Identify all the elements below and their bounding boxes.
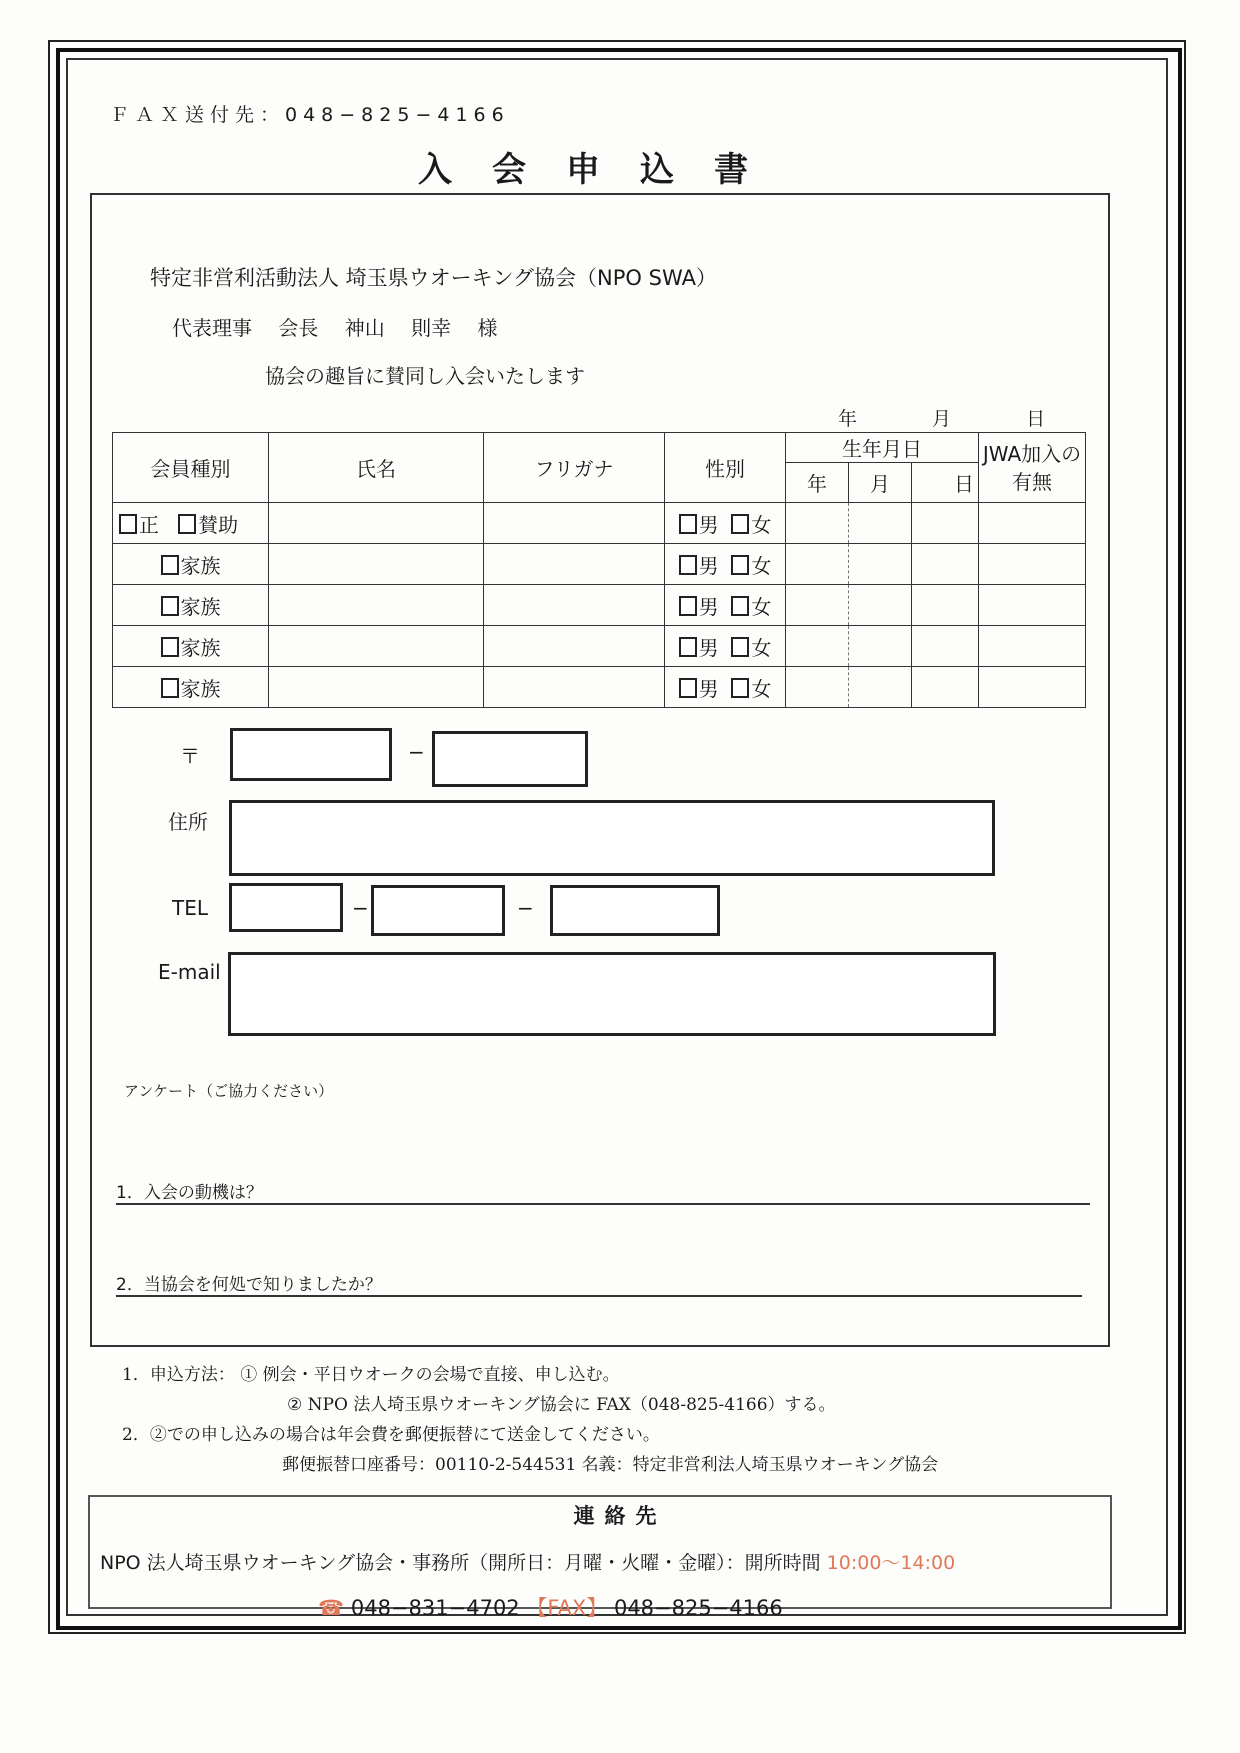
- header-name: 氏名: [269, 433, 484, 503]
- date-day-label: 日: [1026, 404, 1114, 431]
- gender-cell: 男 女: [665, 585, 786, 626]
- checkbox-male[interactable]: [679, 637, 697, 657]
- header-furigana: フリガナ: [484, 433, 665, 503]
- header-gender: 性別: [665, 433, 786, 503]
- birth-day-cell[interactable]: [912, 503, 979, 544]
- furigana-cell[interactable]: [484, 585, 665, 626]
- checkbox-family[interactable]: [161, 637, 179, 657]
- survey-question-1[interactable]: 1．入会の動機は？: [116, 1178, 1090, 1205]
- header-birth-day: 日: [912, 463, 979, 503]
- jwa-cell[interactable]: [979, 667, 1086, 708]
- checkbox-supporting[interactable]: [178, 514, 196, 534]
- address-field[interactable]: [229, 800, 995, 876]
- jwa-cell[interactable]: [979, 544, 1086, 585]
- organization-name: 特定非営利活動法人 埼玉県ウオーキング協会（NPO SWA）: [150, 262, 717, 292]
- tel-separator-1: −: [352, 896, 369, 920]
- checkbox-male[interactable]: [679, 596, 697, 616]
- member-type-cell: 家族: [113, 585, 269, 626]
- furigana-cell[interactable]: [484, 503, 665, 544]
- jwa-cell[interactable]: [979, 503, 1086, 544]
- birth-day-cell[interactable]: [912, 626, 979, 667]
- member-type-cell: 家族: [113, 667, 269, 708]
- members-table: 会員種別 氏名 フリガナ 性別 生年月日 JWA加入の有無 年 月 日 正 賛助…: [112, 432, 1086, 708]
- gender-cell: 男 女: [665, 626, 786, 667]
- birth-month-cell[interactable]: [849, 626, 912, 667]
- application-notes: 1．申込方法： ① 例会・平日ウオークの会場で直接、申し込む。 ② NPO 法人…: [122, 1360, 938, 1480]
- checkbox-female[interactable]: [731, 596, 749, 616]
- fax-label: 【FAX】: [526, 1596, 607, 1620]
- birth-day-cell[interactable]: [912, 544, 979, 585]
- note-account: 郵便振替口座番号：00110-2-544531 名義：特定非営利法人埼玉県ウオー…: [122, 1450, 938, 1480]
- birth-year-cell[interactable]: [786, 585, 849, 626]
- contact-phones: ☎ 048−831−4702 【FAX】 048−825−4166: [318, 1592, 783, 1622]
- office-info: NPO 法人埼玉県ウオーキング協会・事務所（開所日：月曜・火曜・金曜）：開所時間…: [100, 1548, 955, 1575]
- header-jwa: JWA加入の有無: [979, 433, 1086, 503]
- survey-title: アンケート（ご協力ください）: [124, 1080, 333, 1101]
- checkbox-male[interactable]: [679, 514, 697, 534]
- postal-label: 〒: [180, 740, 200, 769]
- table-row: 家族 男 女: [113, 544, 1086, 585]
- tel-third-field[interactable]: [550, 885, 720, 936]
- furigana-cell[interactable]: [484, 544, 665, 585]
- checkbox-family[interactable]: [161, 596, 179, 616]
- email-field[interactable]: [228, 952, 996, 1036]
- checkbox-male[interactable]: [679, 555, 697, 575]
- representative-line: 代表理事 会長 神山 則幸 様: [172, 312, 517, 341]
- page-title: 入会申込書: [418, 142, 788, 191]
- birth-month-cell[interactable]: [849, 544, 912, 585]
- furigana-cell[interactable]: [484, 626, 665, 667]
- birth-month-cell[interactable]: [849, 585, 912, 626]
- birth-day-cell[interactable]: [912, 667, 979, 708]
- jwa-cell[interactable]: [979, 585, 1086, 626]
- name-cell[interactable]: [269, 503, 484, 544]
- phone-icon: ☎: [318, 1596, 344, 1620]
- table-row: 家族 男 女: [113, 667, 1086, 708]
- name-cell[interactable]: [269, 585, 484, 626]
- gender-cell: 男 女: [665, 503, 786, 544]
- birth-month-cell[interactable]: [849, 503, 912, 544]
- birth-year-cell[interactable]: [786, 503, 849, 544]
- birth-day-cell[interactable]: [912, 585, 979, 626]
- declaration: 協会の趣旨に賛同し入会いたします: [265, 360, 585, 389]
- birth-year-cell[interactable]: [786, 544, 849, 585]
- jwa-cell[interactable]: [979, 626, 1086, 667]
- postal-separator: −: [408, 740, 425, 764]
- name-cell[interactable]: [269, 544, 484, 585]
- checkbox-regular[interactable]: [119, 514, 137, 534]
- member-type-cell: 正 賛助: [113, 503, 269, 544]
- table-row: 正 賛助 男 女: [113, 503, 1086, 544]
- fax-destination: ＦＡＸ送付先：048−825−4166: [110, 100, 510, 127]
- header-birth-month: 月: [849, 463, 912, 503]
- office-description: NPO 法人埼玉県ウオーキング協会・事務所（開所日：月曜・火曜・金曜）：開所時間: [100, 1552, 821, 1574]
- table-row: 家族 男 女: [113, 626, 1086, 667]
- application-date[interactable]: 年 月 日: [838, 404, 1114, 431]
- checkbox-female[interactable]: [731, 637, 749, 657]
- fax-number: 048−825−4166: [614, 1596, 783, 1620]
- gender-cell: 男 女: [665, 544, 786, 585]
- rep-given-name: 則幸: [411, 316, 451, 340]
- checkbox-female[interactable]: [731, 514, 749, 534]
- date-month-label: 月: [932, 404, 1020, 431]
- rep-role: 会長: [278, 316, 318, 340]
- header-member-type: 会員種別: [113, 433, 269, 503]
- header-birthdate: 生年月日: [786, 433, 979, 463]
- checkbox-female[interactable]: [731, 678, 749, 698]
- gender-cell: 男 女: [665, 667, 786, 708]
- name-cell[interactable]: [269, 667, 484, 708]
- birth-year-cell[interactable]: [786, 626, 849, 667]
- rep-title: 代表理事: [172, 316, 252, 340]
- checkbox-family[interactable]: [161, 555, 179, 575]
- furigana-cell[interactable]: [484, 667, 665, 708]
- member-type-cell: 家族: [113, 626, 269, 667]
- birth-year-cell[interactable]: [786, 667, 849, 708]
- address-label: 住所: [168, 806, 208, 835]
- date-year-label: 年: [838, 404, 926, 431]
- office-hours: 10:00〜14:00: [827, 1552, 956, 1574]
- note-method-2: ② NPO 法人埼玉県ウオーキング協会に FAX（048-825-4166）する…: [122, 1390, 938, 1420]
- checkbox-family[interactable]: [161, 678, 179, 698]
- note-method-1: 1．申込方法： ① 例会・平日ウオークの会場で直接、申し込む。: [122, 1360, 938, 1390]
- table-row: 家族 男 女: [113, 585, 1086, 626]
- rep-surname: 神山: [345, 316, 385, 340]
- birth-month-cell[interactable]: [849, 667, 912, 708]
- member-type-cell: 家族: [113, 544, 269, 585]
- tel-separator-2: −: [517, 896, 534, 920]
- checkbox-female[interactable]: [731, 555, 749, 575]
- tel-first-field[interactable]: [229, 883, 343, 932]
- email-label: E-mail: [158, 960, 221, 984]
- postal-code-first-field[interactable]: [230, 728, 392, 781]
- contact-title: 連絡先: [0, 1500, 1240, 1530]
- tel-second-field[interactable]: [371, 885, 505, 936]
- postal-code-second-field[interactable]: [432, 731, 588, 787]
- tel-label: TEL: [172, 896, 208, 920]
- survey-question-2[interactable]: 2．当協会を何処で知りましたか？: [116, 1270, 1082, 1297]
- header-birth-year: 年: [786, 463, 849, 503]
- name-cell[interactable]: [269, 626, 484, 667]
- checkbox-male[interactable]: [679, 678, 697, 698]
- phone-number: 048−831−4702: [351, 1596, 520, 1620]
- rep-honorific: 様: [477, 316, 497, 340]
- note-payment: 2．②での申し込みの場合は年会費を郵便振替にて送金してください。: [122, 1420, 938, 1450]
